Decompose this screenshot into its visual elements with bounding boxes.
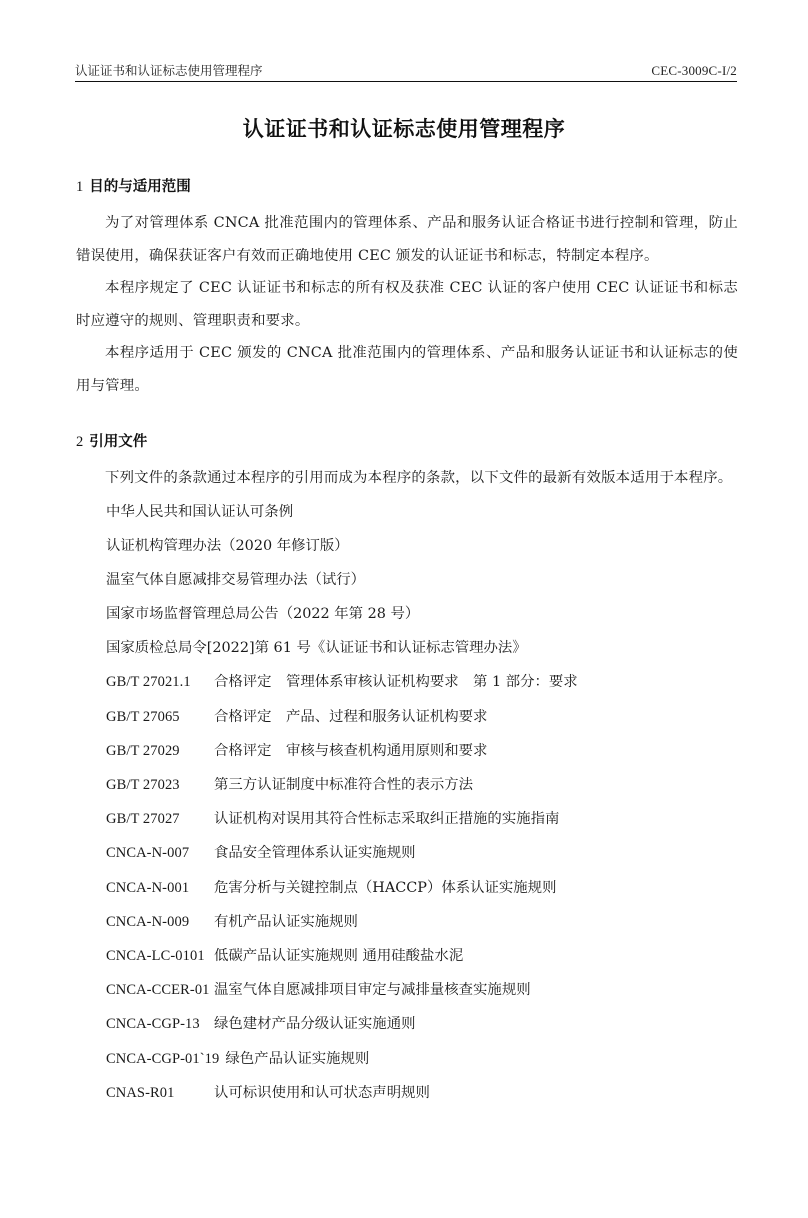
reference-item: CNCA-N-009 有机产品认证实施规则 [76,905,738,939]
paragraph: 下列文件的条款通过本程序的引用而成为本程序的条款，以下文件的最新有效版本适用于本… [76,462,738,495]
reference-item: 中华人民共和国认证认可条例 [76,495,738,529]
reference-title: 认证机构对误用其符合性标志采取纠正措施的实施指南 [214,802,559,836]
reference-item: CNCA-N-001 危害分析与关键控制点（HACCP）体系认证实施规则 [76,871,738,905]
reference-item: GB/T 27029 合格评定 审核与核查机构通用原则和要求 [76,734,738,768]
reference-item: 温室气体自愿减排交易管理办法（试行） [76,563,738,597]
paragraph: 本程序适用于 CEC 颁发的 CNCA 批准范围内的管理体系、产品和服务认证证书… [76,337,738,402]
reference-item: 认证机构管理办法（2020 年修订版） [76,529,738,563]
reference-code: GB/T 27023 [106,768,214,802]
reference-code: GB/T 27029 [106,734,214,768]
reference-title: 第三方认证制度中标准符合性的表示方法 [214,768,473,802]
reference-item: CNCA-CGP-13 绿色建材产品分级认证实施通则 [76,1007,738,1041]
section-number: 2 [76,434,83,450]
reference-code: CNCA-CGP-01`19 [106,1042,219,1076]
page-header: 认证证书和认证标志使用管理程序 CEC-3009C-I/2 [75,60,737,82]
reference-code: GB/T 27065 [106,700,214,734]
reference-item: CNAS-R01 认可标识使用和认可状态声明规则 [76,1076,738,1110]
reference-item: GB/T 27065 合格评定 产品、过程和服务认证机构要求 [76,700,738,734]
reference-item: GB/T 27021.1 合格评定 管理体系审核认证机构要求 第 1 部分：要求 [76,665,738,699]
reference-item: CNCA-CCER-01 温室气体自愿减排项目审定与减排量核查实施规则 [76,973,738,1007]
reference-title: 温室气体自愿减排项目审定与减排量核查实施规则 [214,973,531,1007]
reference-title: 合格评定 审核与核查机构通用原则和要求 [214,734,487,768]
paragraph: 本程序规定了 CEC 认证证书和标志的所有权及获准 CEC 认证的客户使用 CE… [76,272,738,337]
reference-title: 合格评定 产品、过程和服务认证机构要求 [214,700,487,734]
reference-item: 国家质检总局令[2022]第 61 号《认证证书和认证标志管理办法》 [76,631,738,665]
reference-code: CNCA-N-007 [106,836,214,870]
reference-code: CNCA-CGP-13 [106,1007,214,1041]
section-1-heading: 1目的与适用范围 [76,177,738,207]
reference-item: CNCA-N-007 食品安全管理体系认证实施规则 [76,836,738,870]
reference-title: 食品安全管理体系认证实施规则 [214,836,415,870]
reference-code: CNCA-N-009 [106,905,214,939]
reference-item: GB/T 27023 第三方认证制度中标准符合性的表示方法 [76,768,738,802]
header-doc-code: CEC-3009C-I/2 [651,63,737,79]
reference-list: 中华人民共和国认证认可条例 认证机构管理办法（2020 年修订版） 温室气体自愿… [76,495,738,1110]
reference-title: 低碳产品认证实施规则 通用硅酸盐水泥 [214,939,463,973]
reference-title: 中华人民共和国认证认可条例 [106,495,293,529]
spacer [76,402,738,432]
reference-code: CNCA-LC-0101 [106,939,214,973]
reference-title: 认证机构管理办法（2020 年修订版） [106,529,349,563]
reference-title: 温室气体自愿减排交易管理办法（试行） [106,563,365,597]
reference-title: 国家市场监督管理总局公告（2022 年第 28 号） [106,597,419,631]
reference-title: 合格评定 管理体系审核认证机构要求 第 1 部分：要求 [214,665,578,699]
reference-code: CNCA-N-001 [106,871,214,905]
reference-code: GB/T 27027 [106,802,214,836]
reference-code: GB/T 27021.1 [106,665,214,699]
reference-title: 绿色产品认证实施规则 [225,1042,369,1076]
reference-title: 国家质检总局令[2022]第 61 号《认证证书和认证标志管理办法》 [106,631,527,665]
reference-item: 国家市场监督管理总局公告（2022 年第 28 号） [76,597,738,631]
reference-item: CNCA-LC-0101 低碳产品认证实施规则 通用硅酸盐水泥 [76,939,738,973]
section-2-heading: 2引用文件 [76,432,738,462]
reference-title: 绿色建材产品分级认证实施通则 [214,1007,415,1041]
reference-item: GB/T 27027 认证机构对误用其符合性标志采取纠正措施的实施指南 [76,802,738,836]
document-body: 1目的与适用范围 为了对管理体系 CNCA 批准范围内的管理体系、产品和服务认证… [76,177,738,1110]
reference-title: 认可标识使用和认可状态声明规则 [214,1076,430,1110]
reference-title: 有机产品认证实施规则 [214,905,358,939]
reference-item: CNCA-CGP-01`19 绿色产品认证实施规则 [76,1042,738,1076]
section-title: 引用文件 [89,434,147,450]
reference-code: CNAS-R01 [106,1076,214,1110]
section-title: 目的与适用范围 [89,179,191,195]
paragraph: 为了对管理体系 CNCA 批准范围内的管理体系、产品和服务认证合格证书进行控制和… [76,207,738,272]
document-title: 认证证书和认证标志使用管理程序 [0,113,808,143]
section-number: 1 [76,179,83,195]
header-doc-title: 认证证书和认证标志使用管理程序 [75,63,263,79]
reference-code: CNCA-CCER-01 [106,973,214,1007]
reference-title: 危害分析与关键控制点（HACCP）体系认证实施规则 [214,871,556,905]
